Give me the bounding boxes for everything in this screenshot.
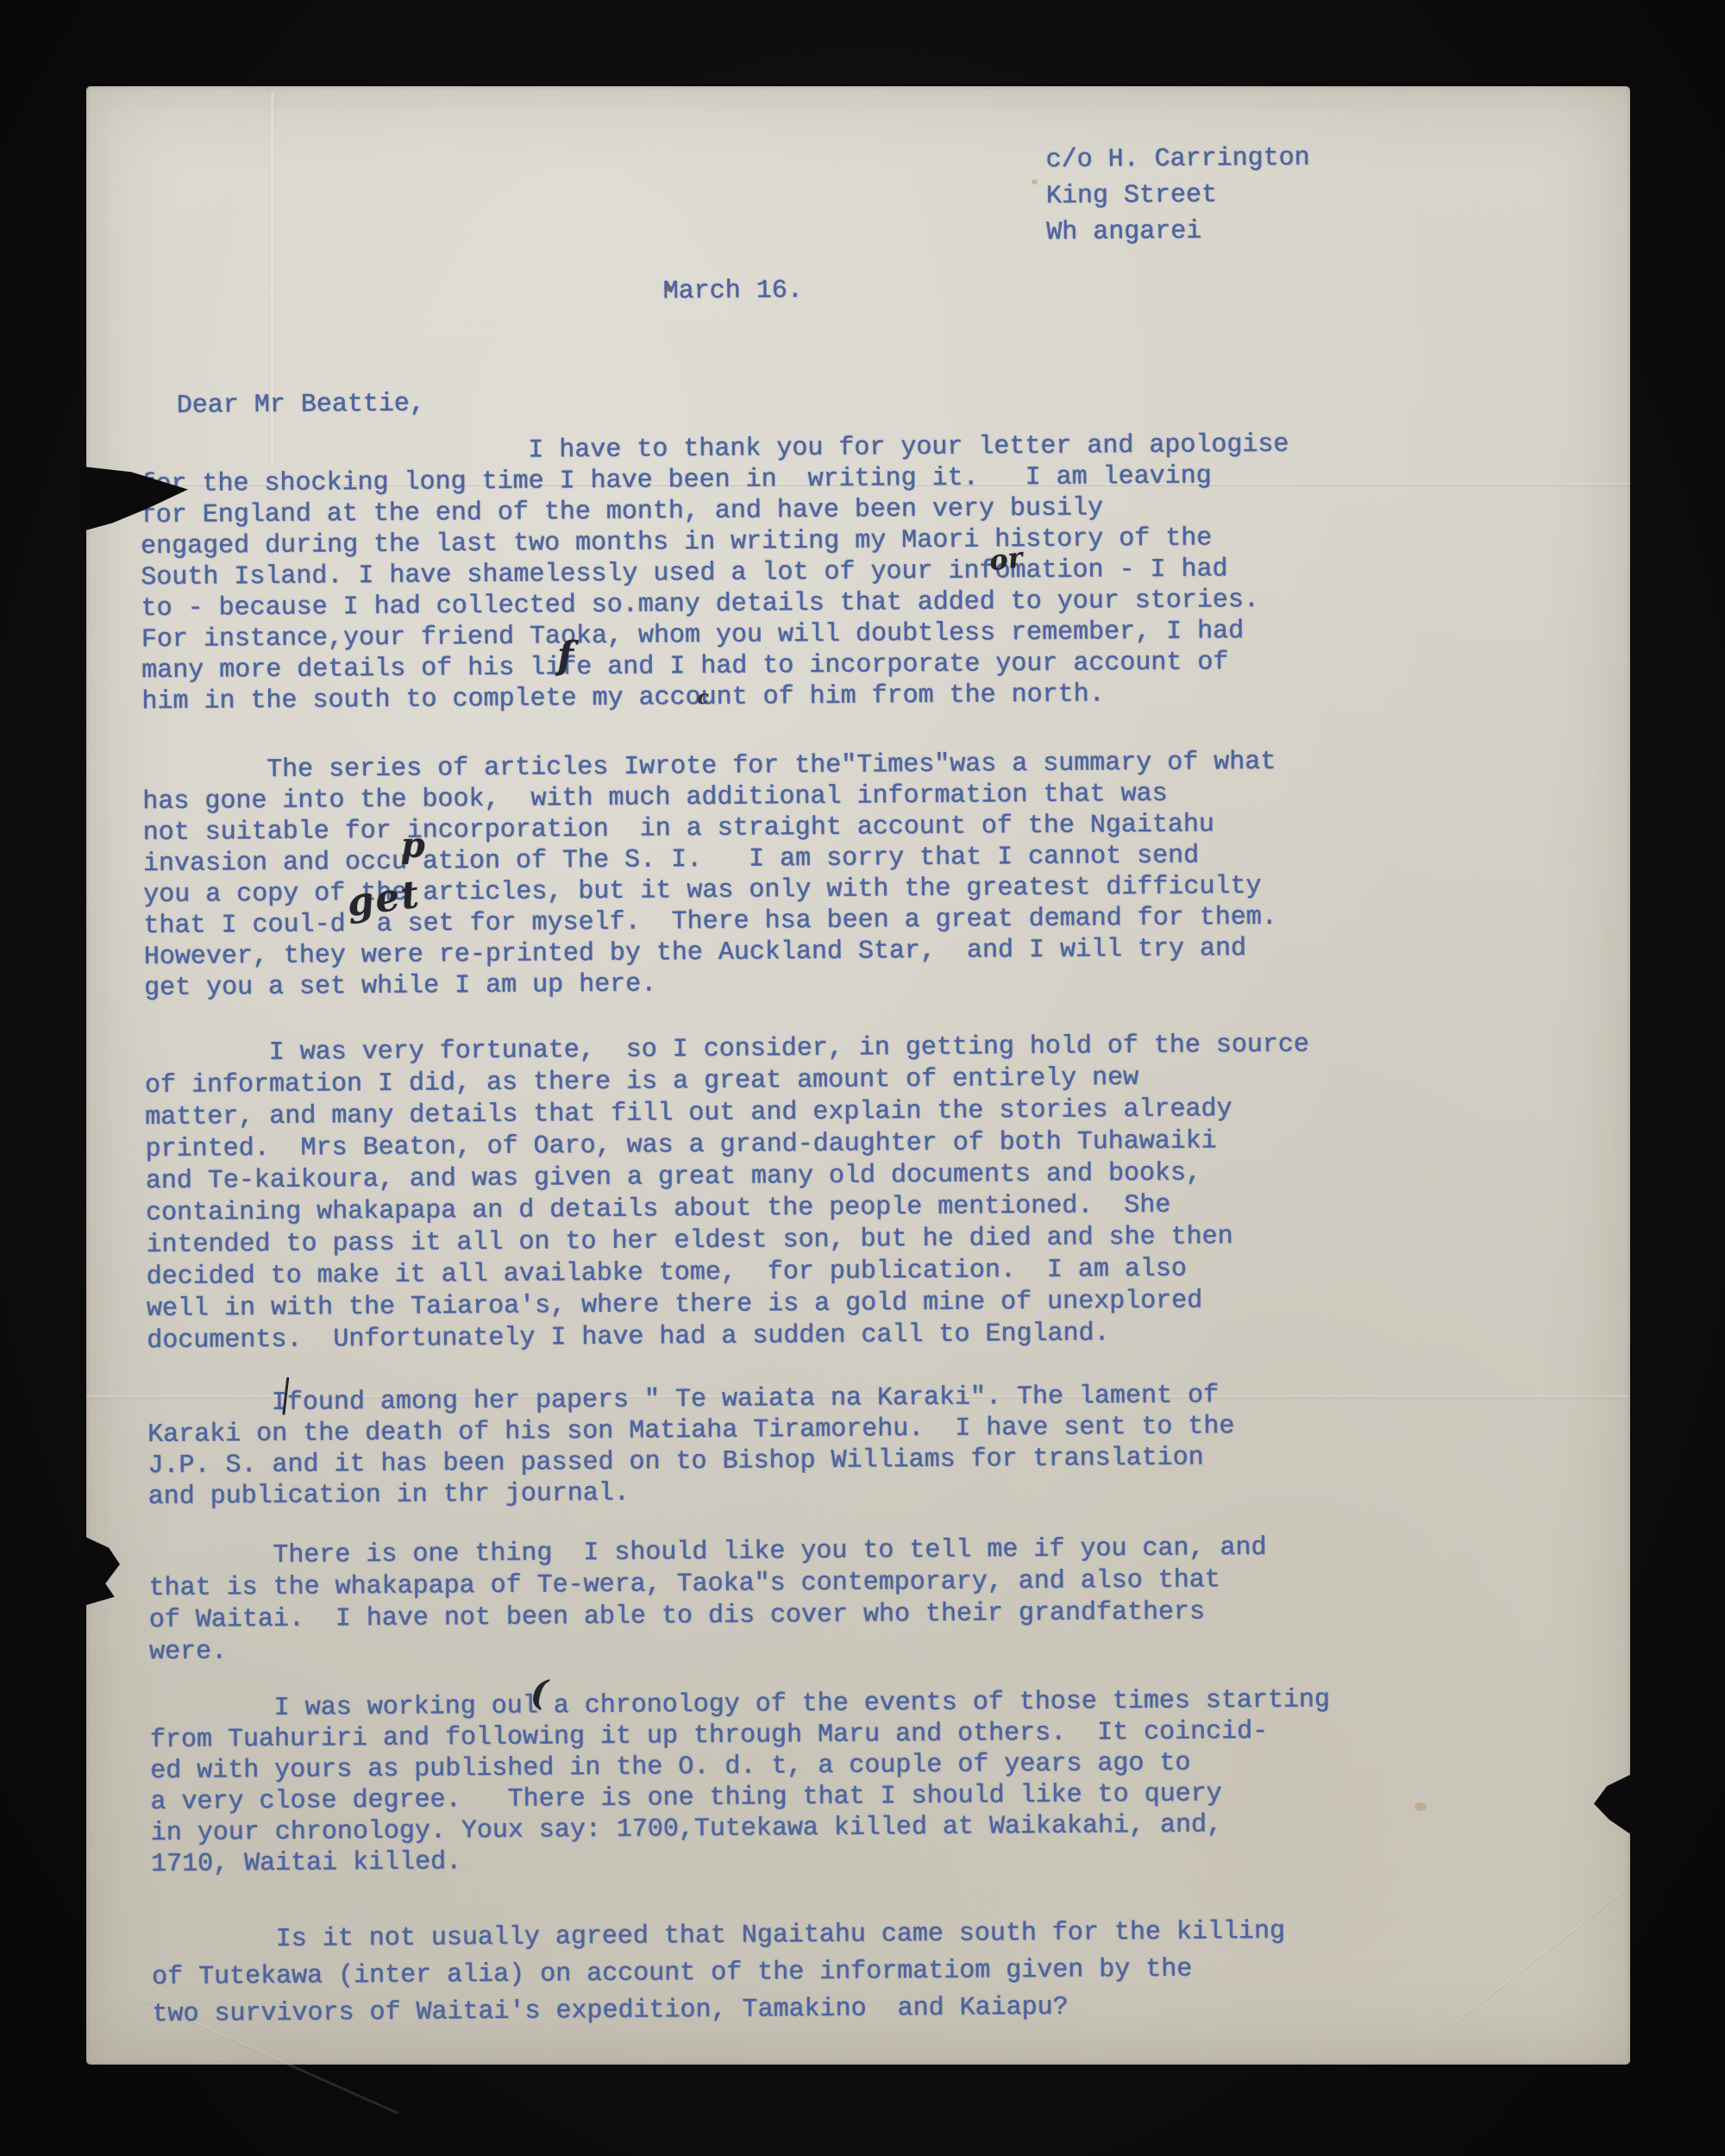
date-line: March 16. bbox=[663, 275, 803, 307]
paragraph-3: I was very fortunate, so I consider, in … bbox=[145, 1029, 1312, 1357]
handwritten-correction-f: f bbox=[557, 634, 574, 678]
handwritten-mark-account: c bbox=[697, 686, 709, 709]
scanned-letter-background: c/o H. Carrington King Street Wh angarei… bbox=[0, 0, 1725, 2156]
salutation: Dear Mr Beattie, bbox=[177, 388, 425, 421]
paragraph-6: I was working oul a chronology of the ev… bbox=[149, 1684, 1331, 1880]
sender-address-line-3: Wh angarei bbox=[1046, 216, 1201, 247]
paragraph-7: Is it not usually agreed that Ngaitahu c… bbox=[152, 1914, 1286, 2034]
paragraph-4: Ifound among her papers " Te waiata na K… bbox=[147, 1380, 1235, 1513]
handwritten-correction-or: or bbox=[988, 541, 1024, 577]
paragraph-5: There is one thing I should like you to … bbox=[148, 1532, 1267, 1669]
sender-address-line-1: c/o H. Carrington bbox=[1045, 143, 1309, 174]
sender-address-line-2: King Street bbox=[1046, 180, 1217, 211]
sender-address: c/o H. Carrington King Street Wh angarei bbox=[1045, 140, 1310, 250]
handwritten-correction-p: p bbox=[401, 825, 425, 866]
paragraph-1: I have to thank you for your letter and … bbox=[140, 429, 1291, 718]
paragraph-2: The series of articles Iwrote for the"Ti… bbox=[142, 747, 1277, 1004]
typed-letter-content: c/o H. Carrington King Street Wh angarei… bbox=[0, 0, 1725, 2156]
